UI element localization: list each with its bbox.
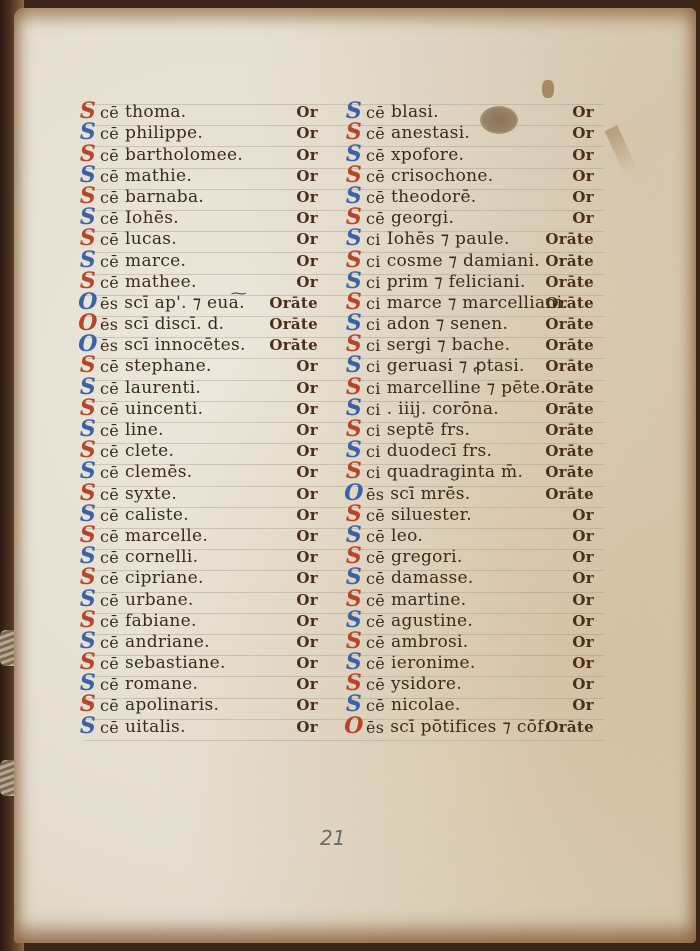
sancte-abbreviation: cē bbox=[366, 697, 385, 714]
saint-name: clemēs. bbox=[125, 464, 192, 481]
illuminated-initial: S bbox=[344, 377, 364, 397]
sancte-abbreviation: cē bbox=[366, 570, 385, 587]
sancte-abbreviation: cē bbox=[366, 210, 385, 227]
saint-name: syxte. bbox=[125, 486, 177, 503]
illuminated-initial: S bbox=[344, 313, 364, 333]
saint-name: ieronime. bbox=[391, 655, 476, 672]
litany-entry: S cē fabiane. Or bbox=[78, 609, 328, 630]
sancte-abbreviation: cē bbox=[100, 189, 119, 206]
saint-name: Iohēs ⁊ paule. bbox=[387, 231, 510, 248]
litany-entry: O ēs scī mrēs. Orāte bbox=[344, 481, 604, 502]
illuminated-initial: S bbox=[344, 292, 364, 312]
response-ora: Or bbox=[296, 528, 318, 545]
illuminated-initial: S bbox=[344, 144, 364, 164]
illuminated-initial: S bbox=[344, 461, 364, 481]
response-ora: Or bbox=[296, 104, 318, 121]
saint-name: duodecī frs. bbox=[387, 443, 493, 460]
response-ora: Or bbox=[296, 253, 318, 270]
saint-name: scī mrēs. bbox=[390, 486, 470, 503]
illuminated-initial: S bbox=[78, 694, 98, 714]
litany-entry: S cē laurenti. Or bbox=[78, 375, 328, 396]
sancte-abbreviation: cē bbox=[366, 125, 385, 142]
litany-entry: S cē line. Or bbox=[78, 418, 328, 439]
litany-entry: S ci Iohēs ⁊ paule. Orāte bbox=[344, 227, 604, 248]
litany-entry: S cē sebastiane. Or bbox=[78, 651, 328, 672]
sancte-abbreviation: ci bbox=[366, 380, 381, 397]
saint-name: cornelli. bbox=[125, 549, 198, 566]
sancte-abbreviation: cē bbox=[100, 443, 119, 460]
response-ora: Orāte bbox=[545, 443, 594, 460]
litany-entry: S cē theodorē. Or bbox=[344, 185, 604, 206]
saint-name: cipriane. bbox=[125, 570, 204, 587]
illuminated-initial: S bbox=[344, 207, 364, 227]
response-ora: Or bbox=[296, 443, 318, 460]
saint-name: gregori. bbox=[391, 549, 463, 566]
response-ora: Or bbox=[296, 676, 318, 693]
sancte-abbreviation: ēs bbox=[100, 295, 118, 312]
illuminated-initial: S bbox=[78, 567, 98, 587]
litany-entry: S cē cornelli. Or bbox=[78, 545, 328, 566]
sancte-abbreviation: cē bbox=[100, 380, 119, 397]
illuminated-initial: S bbox=[78, 419, 98, 439]
response-ora: Orāte bbox=[269, 295, 318, 312]
response-ora: Or bbox=[296, 486, 318, 503]
illuminated-initial: S bbox=[344, 610, 364, 630]
response-ora: Or bbox=[572, 507, 594, 524]
litany-entry: S cē ambrosi. Or bbox=[344, 630, 604, 651]
response-ora: Orāte bbox=[545, 719, 594, 736]
illuminated-initial: S bbox=[78, 440, 98, 460]
saint-name: . iiij. corōna. bbox=[387, 401, 499, 418]
sancte-abbreviation: cē bbox=[100, 358, 119, 375]
response-ora: Or bbox=[296, 507, 318, 524]
response-ora: Or bbox=[296, 464, 318, 481]
litany-entry: S cē barnaba. Or bbox=[78, 185, 328, 206]
illuminated-initial: S bbox=[344, 271, 364, 291]
sancte-abbreviation: cē bbox=[100, 168, 119, 185]
illuminated-initial: S bbox=[78, 589, 98, 609]
sancte-abbreviation: cē bbox=[366, 549, 385, 566]
sancte-abbreviation: ci bbox=[366, 295, 381, 312]
illuminated-initial: S bbox=[78, 673, 98, 693]
illuminated-initial: S bbox=[344, 673, 364, 693]
response-ora: Orāte bbox=[545, 358, 594, 375]
response-ora: Or bbox=[572, 613, 594, 630]
litany-entry: S cē martine. Or bbox=[344, 587, 604, 608]
saint-name: marcelle. bbox=[125, 528, 208, 545]
response-ora: Or bbox=[296, 549, 318, 566]
response-ora: Or bbox=[296, 274, 318, 291]
sancte-abbreviation: cē bbox=[100, 104, 119, 121]
litany-entry: S cē gregori. Or bbox=[344, 545, 604, 566]
saint-name: scī pōtifices ⁊ cōf. bbox=[390, 719, 549, 736]
litany-entry: S cē ysidore. Or bbox=[344, 672, 604, 693]
sancte-abbreviation: cē bbox=[100, 613, 119, 630]
saint-name: crisochone. bbox=[391, 168, 493, 185]
illuminated-initial: S bbox=[78, 610, 98, 630]
saint-name: uincenti. bbox=[125, 401, 203, 418]
saint-name: xpofore. bbox=[391, 147, 464, 164]
sancte-abbreviation: cē bbox=[366, 613, 385, 630]
sancte-abbreviation: cē bbox=[100, 253, 119, 270]
folio-number: 21 bbox=[320, 826, 345, 850]
litany-entry: S cē cipriane. Or bbox=[78, 566, 328, 587]
litany-entry: S cē caliste. Or bbox=[78, 503, 328, 524]
ruling-line bbox=[84, 740, 604, 741]
response-ora: Or bbox=[296, 401, 318, 418]
saint-name: line. bbox=[125, 422, 164, 439]
response-ora: Or bbox=[296, 592, 318, 609]
litany-entry: S cē anestasi. Or bbox=[344, 121, 604, 142]
illuminated-initial: S bbox=[344, 334, 364, 354]
response-ora: Orāte bbox=[545, 253, 594, 270]
response-ora: Orāte bbox=[545, 316, 594, 333]
illuminated-initial: O bbox=[78, 334, 98, 354]
litany-entry: S cē andriane. Or bbox=[78, 630, 328, 651]
litany-entry: S ci septē frs. Orāte bbox=[344, 418, 604, 439]
sancte-abbreviation: cē bbox=[100, 274, 119, 291]
saint-name: philippe. bbox=[125, 125, 203, 142]
litany-entry: S cē syxte. Or bbox=[78, 481, 328, 502]
illuminated-initial: S bbox=[78, 355, 98, 375]
litany-entry: S cē mathee. Or bbox=[78, 270, 328, 291]
response-ora: Or bbox=[572, 655, 594, 672]
illuminated-initial: O bbox=[78, 313, 98, 333]
illuminated-initial: S bbox=[344, 165, 364, 185]
saint-name: martine. bbox=[391, 592, 466, 609]
illuminated-initial: S bbox=[78, 525, 98, 545]
litany-entry: O ēs scī ap'. ⁊ eua͠. Orāte bbox=[78, 291, 328, 312]
response-ora: Or bbox=[296, 358, 318, 375]
sancte-abbreviation: ēs bbox=[100, 337, 118, 354]
sancte-abbreviation: cē bbox=[100, 528, 119, 545]
response-ora: Or bbox=[296, 655, 318, 672]
litany-entry: S ci marce ⁊ marcelliani. Orāte bbox=[344, 291, 604, 312]
sancte-abbreviation: cē bbox=[366, 592, 385, 609]
illuminated-initial: S bbox=[344, 631, 364, 651]
litany-entry: S cē mathie. Or bbox=[78, 164, 328, 185]
saint-name: fabiane. bbox=[125, 613, 197, 630]
sancte-abbreviation: cē bbox=[366, 676, 385, 693]
saint-name: septē frs. bbox=[387, 422, 471, 439]
illuminated-initial: S bbox=[344, 419, 364, 439]
response-ora: Or bbox=[296, 422, 318, 439]
litany-entry: S cē ieronime. Or bbox=[344, 651, 604, 672]
illuminated-initial: S bbox=[78, 504, 98, 524]
sancte-abbreviation: ci bbox=[366, 274, 381, 291]
illuminated-initial: S bbox=[344, 355, 364, 375]
illuminated-initial: S bbox=[78, 716, 98, 736]
saint-name: bartholomee. bbox=[125, 147, 243, 164]
litany-entry: S cē philippe. Or bbox=[78, 121, 328, 142]
illuminated-initial: S bbox=[78, 250, 98, 270]
saint-name: nicolae. bbox=[391, 697, 461, 714]
sancte-abbreviation: cē bbox=[366, 634, 385, 651]
response-ora: Or bbox=[296, 189, 318, 206]
response-ora: Or bbox=[296, 570, 318, 587]
illuminated-initial: S bbox=[78, 144, 98, 164]
litany-entry: S cē urbane. Or bbox=[78, 587, 328, 608]
illuminated-initial: S bbox=[344, 440, 364, 460]
sancte-abbreviation: cē bbox=[366, 655, 385, 672]
response-ora: Or bbox=[572, 676, 594, 693]
litany-entry: S cē lucas. Or bbox=[78, 227, 328, 248]
litany-entry: S ci quadraginta m̄. Orāte bbox=[344, 460, 604, 481]
saint-name: stephane. bbox=[125, 358, 212, 375]
sancte-abbreviation: cē bbox=[100, 231, 119, 248]
manuscript-page: S cē thoma. Or S cē philippe. Or S cē ba… bbox=[14, 8, 696, 943]
response-ora: Or bbox=[572, 147, 594, 164]
litany-entry: S cē thoma. Or bbox=[78, 100, 328, 121]
litany-entry: S cē blasi. Or bbox=[344, 100, 604, 121]
sancte-abbreviation: cē bbox=[100, 676, 119, 693]
saint-name: blasi. bbox=[391, 104, 439, 121]
illuminated-initial: S bbox=[344, 546, 364, 566]
sancte-abbreviation: cē bbox=[366, 189, 385, 206]
illuminated-initial: O bbox=[344, 483, 364, 503]
response-ora: Or bbox=[296, 613, 318, 630]
response-ora: Or bbox=[572, 592, 594, 609]
sancte-abbreviation: ci bbox=[366, 422, 381, 439]
sancte-abbreviation: ci bbox=[366, 443, 381, 460]
saint-name: ysidore. bbox=[391, 676, 462, 693]
litany-entry: S cē xpofore. Or bbox=[344, 142, 604, 163]
illuminated-initial: S bbox=[78, 377, 98, 397]
litany-entry: S cē georgi. Or bbox=[344, 206, 604, 227]
saint-name: sergi ⁊ bache. bbox=[387, 337, 511, 354]
saint-name: leo. bbox=[391, 528, 423, 545]
sancte-abbreviation: cē bbox=[100, 697, 119, 714]
illuminated-initial: S bbox=[344, 525, 364, 545]
litany-entry: S ci . iiij. corōna. Orāte bbox=[344, 397, 604, 418]
illuminated-initial: S bbox=[344, 567, 364, 587]
response-ora: Or bbox=[572, 168, 594, 185]
litany-entry: S cē marcelle. Or bbox=[78, 524, 328, 545]
saint-name: urbane. bbox=[125, 592, 194, 609]
sancte-abbreviation: ēs bbox=[366, 719, 384, 736]
saint-name: barnaba. bbox=[125, 189, 204, 206]
illuminated-initial: S bbox=[344, 250, 364, 270]
stain bbox=[542, 80, 554, 98]
sancte-abbreviation: cē bbox=[366, 507, 385, 524]
litany-entry: S ci geruasi ⁊ ꝓtasi. Orāte bbox=[344, 354, 604, 375]
litany-entry: S cē clete. Or bbox=[78, 439, 328, 460]
saint-name: adon ⁊ senen. bbox=[387, 316, 509, 333]
response-ora: Orāte bbox=[545, 274, 594, 291]
illuminated-initial: S bbox=[78, 207, 98, 227]
sancte-abbreviation: ēs bbox=[366, 486, 384, 503]
sancte-abbreviation: ci bbox=[366, 337, 381, 354]
sancte-abbreviation: ēs bbox=[100, 316, 118, 333]
saint-name: marcelline ⁊ pēte. bbox=[387, 380, 546, 397]
sancte-abbreviation: cē bbox=[100, 147, 119, 164]
response-ora: Or bbox=[296, 125, 318, 142]
saint-name: Iohēs. bbox=[125, 210, 179, 227]
response-ora: Or bbox=[572, 634, 594, 651]
illuminated-initial: S bbox=[78, 186, 98, 206]
saint-name: mathee. bbox=[125, 274, 197, 291]
response-ora: Orāte bbox=[545, 337, 594, 354]
illuminated-initial: S bbox=[344, 228, 364, 248]
sancte-abbreviation: ci bbox=[366, 253, 381, 270]
response-ora: Or bbox=[572, 549, 594, 566]
response-ora: Or bbox=[296, 231, 318, 248]
response-ora: Orāte bbox=[545, 422, 594, 439]
saint-name: quadraginta m̄. bbox=[387, 464, 523, 481]
illuminated-initial: S bbox=[344, 504, 364, 524]
saint-name: laurenti. bbox=[125, 380, 201, 397]
litany-entry: S cē nicolae. Or bbox=[344, 693, 604, 714]
litany-entry: S cē romane. Or bbox=[78, 672, 328, 693]
litany-right-column: S cē blasi. Or S cē anestasi. Or S cē xp… bbox=[344, 100, 604, 736]
litany-entry: S ci adon ⁊ senen. Orāte bbox=[344, 312, 604, 333]
litany-entry: S cē siluester. Or bbox=[344, 503, 604, 524]
sancte-abbreviation: cē bbox=[100, 125, 119, 142]
illuminated-initial: S bbox=[78, 165, 98, 185]
illuminated-initial: S bbox=[344, 398, 364, 418]
saint-name: uitalis. bbox=[125, 719, 186, 736]
litany-left-column: S cē thoma. Or S cē philippe. Or S cē ba… bbox=[78, 100, 328, 736]
response-ora: Or bbox=[572, 189, 594, 206]
response-ora: Orāte bbox=[545, 401, 594, 418]
saint-name: theodorē. bbox=[391, 189, 476, 206]
sancte-abbreviation: cē bbox=[100, 570, 119, 587]
litany-entry: S cē bartholomee. Or bbox=[78, 142, 328, 163]
saint-name: scī discī. d. bbox=[124, 316, 224, 333]
litany-entry: S cē uincenti. Or bbox=[78, 397, 328, 418]
illuminated-initial: S bbox=[78, 461, 98, 481]
sancte-abbreviation: ci bbox=[366, 464, 381, 481]
sancte-abbreviation: ci bbox=[366, 401, 381, 418]
illuminated-initial: S bbox=[344, 589, 364, 609]
illuminated-initial: S bbox=[78, 398, 98, 418]
sancte-abbreviation: cē bbox=[366, 168, 385, 185]
sancte-abbreviation: cē bbox=[100, 486, 119, 503]
litany-entry: S cē clemēs. Or bbox=[78, 460, 328, 481]
sancte-abbreviation: ci bbox=[366, 231, 381, 248]
response-ora: Orāte bbox=[545, 231, 594, 248]
sancte-abbreviation: ci bbox=[366, 316, 381, 333]
response-ora: Orāte bbox=[269, 316, 318, 333]
response-ora: Or bbox=[296, 168, 318, 185]
response-ora: Or bbox=[296, 210, 318, 227]
litany-entry: O ēs scī pōtifices ⁊ cōf. Orāte bbox=[344, 714, 604, 735]
saint-name: siluester. bbox=[391, 507, 472, 524]
response-ora: Or bbox=[572, 697, 594, 714]
saint-name: caliste. bbox=[125, 507, 189, 524]
sancte-abbreviation: cē bbox=[100, 592, 119, 609]
illuminated-initial: S bbox=[78, 483, 98, 503]
saint-name: georgi. bbox=[391, 210, 454, 227]
sancte-abbreviation: ci bbox=[366, 358, 381, 375]
response-ora: Or bbox=[572, 104, 594, 121]
response-ora: Orāte bbox=[545, 464, 594, 481]
saint-name: damasse. bbox=[391, 570, 474, 587]
saint-name: anestasi. bbox=[391, 125, 470, 142]
illuminated-initial: S bbox=[78, 546, 98, 566]
saint-name: geruasi ⁊ ꝓtasi. bbox=[387, 358, 525, 375]
illuminated-initial: S bbox=[78, 271, 98, 291]
litany-entry: S cē damasse. Or bbox=[344, 566, 604, 587]
response-ora: Or bbox=[296, 147, 318, 164]
illuminated-initial: S bbox=[78, 631, 98, 651]
saint-name: sebastiane. bbox=[125, 655, 226, 672]
illuminated-initial: O bbox=[344, 716, 364, 736]
saint-name: clete. bbox=[125, 443, 174, 460]
saint-name: marce. bbox=[125, 253, 186, 270]
saint-name: apolinaris. bbox=[125, 697, 219, 714]
sancte-abbreviation: cē bbox=[100, 655, 119, 672]
saint-name: andriane. bbox=[125, 634, 210, 651]
sancte-abbreviation: cē bbox=[100, 422, 119, 439]
saint-name: scī ap'. ⁊ eua͠. bbox=[124, 295, 245, 312]
litany-entry: S cē marce. Or bbox=[78, 248, 328, 269]
sancte-abbreviation: cē bbox=[100, 401, 119, 418]
stain bbox=[605, 125, 638, 174]
illuminated-initial: S bbox=[78, 122, 98, 142]
response-ora: Orāte bbox=[545, 380, 594, 397]
litany-entry: S ci marcelline ⁊ pēte. Orāte bbox=[344, 375, 604, 396]
sancte-abbreviation: cē bbox=[100, 507, 119, 524]
litany-entry: S cē Iohēs. Or bbox=[78, 206, 328, 227]
sancte-abbreviation: cē bbox=[100, 210, 119, 227]
illuminated-initial: S bbox=[78, 228, 98, 248]
litany-entry: O ēs scī discī. d. Orāte bbox=[78, 312, 328, 333]
illuminated-initial: S bbox=[78, 652, 98, 672]
sancte-abbreviation: cē bbox=[100, 634, 119, 651]
sancte-abbreviation: cē bbox=[366, 528, 385, 545]
illuminated-initial: S bbox=[344, 101, 364, 121]
litany-entry: S cē uitalis. Or bbox=[78, 714, 328, 735]
illuminated-initial: S bbox=[344, 652, 364, 672]
sancte-abbreviation: cē bbox=[366, 147, 385, 164]
litany-entry: S cē crisochone. Or bbox=[344, 164, 604, 185]
sancte-abbreviation: cē bbox=[366, 104, 385, 121]
saint-name: lucas. bbox=[125, 231, 177, 248]
response-ora: Or bbox=[296, 697, 318, 714]
saint-name: marce ⁊ marcelliani. bbox=[387, 295, 568, 312]
saint-name: scī innocētes. bbox=[124, 337, 245, 354]
response-ora: Or bbox=[296, 719, 318, 736]
saint-name: prim ⁊ feliciani. bbox=[387, 274, 526, 291]
litany-entry: S ci duodecī frs. Orāte bbox=[344, 439, 604, 460]
litany-entry: S cē leo. Or bbox=[344, 524, 604, 545]
illuminated-initial: S bbox=[344, 694, 364, 714]
sancte-abbreviation: cē bbox=[100, 549, 119, 566]
litany-entry: O ēs scī innocētes. Orāte bbox=[78, 333, 328, 354]
saint-name: ambrosi. bbox=[391, 634, 468, 651]
illuminated-initial: S bbox=[344, 122, 364, 142]
saint-name: cosme ⁊ damiani. bbox=[387, 253, 540, 270]
response-ora: Or bbox=[572, 528, 594, 545]
sancte-abbreviation: cē bbox=[100, 719, 119, 736]
response-ora: Or bbox=[296, 634, 318, 651]
response-ora: Or bbox=[572, 210, 594, 227]
saint-name: mathie. bbox=[125, 168, 192, 185]
litany-entry: S ci prim ⁊ feliciani. Orāte bbox=[344, 270, 604, 291]
response-ora: Or bbox=[296, 380, 318, 397]
litany-entry: S cē stephane. Or bbox=[78, 354, 328, 375]
litany-entry: S cē agustine. Or bbox=[344, 609, 604, 630]
response-ora: Orāte bbox=[269, 337, 318, 354]
saint-name: thoma. bbox=[125, 104, 186, 121]
response-ora: Orāte bbox=[545, 295, 594, 312]
illuminated-initial: S bbox=[78, 101, 98, 121]
litany-entry: S ci cosme ⁊ damiani. Orāte bbox=[344, 248, 604, 269]
sancte-abbreviation: cē bbox=[100, 464, 119, 481]
litany-entry: S ci sergi ⁊ bache. Orāte bbox=[344, 333, 604, 354]
litany-entry: S cē apolinaris. Or bbox=[78, 693, 328, 714]
